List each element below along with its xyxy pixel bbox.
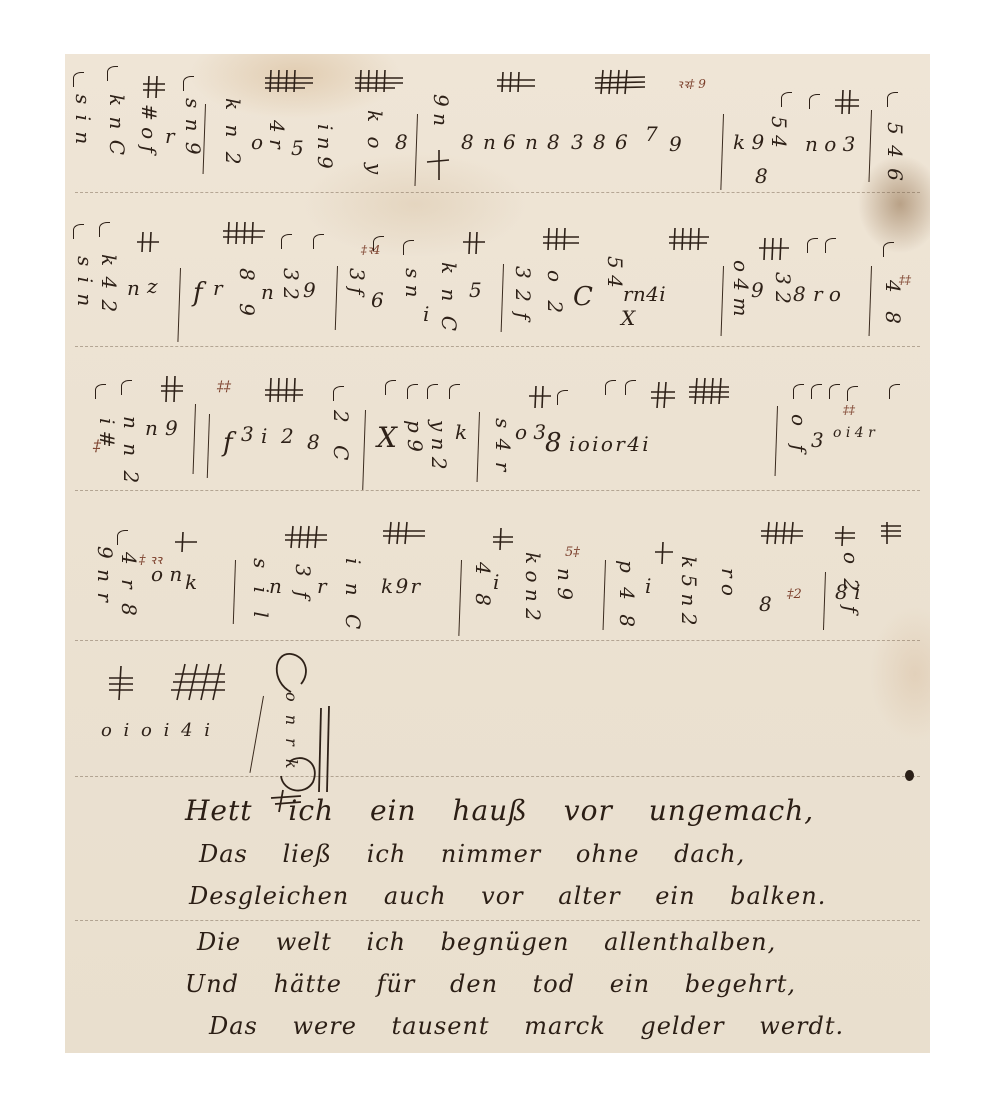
tab-glyphs: X [621,308,635,328]
tab-glyphs: k n C [439,262,459,335]
red-ink-annotation: ‡‡ [843,404,855,416]
rhythm-grid-icon [543,228,581,250]
tab-glyphs: 6 [503,132,516,152]
red-ink-annotation: ꝛꝛ‡ 9 [677,78,706,90]
rhythm-grid-icon [493,528,513,550]
barline [177,268,181,342]
rhythm-grid-icon [427,150,451,180]
ink-blot [905,770,914,781]
tab-glyphs: 9 [669,134,682,154]
rhythm-grid-icon [143,76,165,98]
rhythm-grid-icon [463,232,485,254]
rhythm-flag-icon [605,380,616,395]
rhythm-grid-icon [651,382,675,408]
rhythm-grid-icon [689,378,729,404]
tab-glyphs: o 3 [515,422,546,442]
rhythm-flag-icon [281,234,292,249]
rhythm-flag-icon [889,384,900,399]
tab-glyphs: i o i o r 4 i [569,434,649,454]
tab-glyphs: r [317,576,327,596]
tab-glyphs: i # [97,418,117,448]
barline [414,114,418,186]
tab-glyphs: k 4 2 [99,254,119,314]
tab-glyphs: n n 2 [121,416,141,487]
barline [207,414,210,478]
tab-glyphs: r [165,126,175,146]
tab-glyphs: k [455,422,467,442]
tab-glyphs: n 9 [555,568,575,600]
tab-glyphs: r o [813,284,841,304]
rhythm-grid-icon [759,238,789,260]
tab-glyphs: # o f [139,104,159,153]
rhythm-grid-icon [265,70,315,94]
tab-glyphs: 3 f [293,564,313,602]
tab-glyphs: 4 r 8 [119,552,139,620]
rhythm-grid-icon [761,522,803,544]
ruled-line [75,346,920,347]
tab-glyphs: o f [789,414,809,458]
rhythm-flag-icon [313,234,324,249]
rhythm-flag-icon [117,530,128,545]
rhythm-flag-icon [625,380,636,395]
tab-glyphs: k n C [107,94,127,157]
tab-glyphs: 8 [545,430,562,456]
tab-glyphs: f [193,280,203,306]
tab-glyphs: i [261,426,267,446]
barline [869,266,872,336]
rhythm-flag-icon [811,384,822,399]
tab-glyphs: n [269,576,282,596]
rhythm-grid-icon [835,90,861,114]
rhythm-grid-icon [137,232,159,252]
tab-glyphs: s n [403,268,423,298]
tab-glyphs: 5 [469,280,482,300]
tab-glyphs: k 9 [733,132,764,152]
rhythm-flag-icon [887,92,898,107]
rhythm-flag-icon [809,94,820,109]
rhythm-flag-icon [373,236,384,251]
rhythm-flag-icon [825,238,836,253]
tab-glyphs: 8 9 [237,268,257,324]
lyric-line-4: Die welt ich begnügen allenthalben, [197,928,776,956]
rhythm-grid-icon [529,386,551,408]
tab-glyphs: 3 2 [281,268,301,300]
tab-glyphs: o n [151,564,182,584]
tab-glyphs: f [223,430,233,456]
tab-glyphs: 9 [165,418,178,438]
tab-glyphs: 8 [395,132,408,152]
tab-glyphs: 4 r [267,120,287,149]
tab-glyphs: k [185,572,197,592]
tab-glyphs: 5 4 [769,116,789,148]
lyric-line-6: Das were tausent marck gelder werdt. [209,1012,844,1040]
tab-glyphs: 8 [759,594,772,614]
tab-glyphs: s i n [75,256,95,308]
tab-glyphs: 8 i [835,582,860,602]
tab-glyphs: 2 [281,426,294,446]
rhythm-flag-icon [99,222,110,237]
final-flourish-icon [261,652,341,802]
rhythm-flag-icon [73,224,84,239]
rhythm-flag-icon [781,92,792,107]
tab-glyphs: 9 n r [95,546,115,604]
tab-glyphs: 5 [291,138,304,158]
tab-glyphs: z [147,276,158,296]
rhythm-flag-icon [427,384,438,399]
rhythm-grid-icon [655,542,673,564]
tab-glyphs: 9 [303,280,316,300]
tab-glyphs: X [377,424,397,452]
tab-glyphs: 3 [811,430,824,450]
tab-glyphs: 8 [593,132,606,152]
barline [477,412,480,482]
tab-glyphs: k o n 2 [523,552,543,621]
tab-glyphs: i [645,576,651,596]
tab-glyphs: o i 4 r [833,426,875,440]
tab-glyphs: i n C [343,558,363,635]
tab-glyphs: n [127,278,140,298]
rhythm-flag-icon [807,238,818,253]
rhythm-grid-icon [669,228,709,250]
rhythm-flag-icon [95,384,106,399]
rhythm-flag-icon [403,240,414,255]
rhythm-grid-icon [223,222,265,244]
tab-glyphs: s 4 r [493,418,513,473]
barline [458,560,462,636]
tab-glyphs: 3 2 [773,272,793,304]
tab-glyphs: k 5 n 2 [679,556,699,626]
rhythm-grid-icon [161,376,183,402]
red-ink-annotation: 5‡ [565,546,580,559]
tab-glyphs: 8 [547,132,560,152]
tab-glyphs: 3 2 f [513,266,533,322]
tab-glyphs: 8 [755,166,768,186]
rhythm-grid-icon [285,526,327,548]
rhythm-grid-icon [355,70,405,94]
rhythm-flag-icon [793,384,804,399]
tab-glyphs: k n 2 [223,98,243,168]
tab-glyphs: k o y [365,110,385,178]
ruled-line [75,920,920,921]
lyric-line-2: Das ließ ich nimmer ohne dach, [199,840,745,868]
tab-glyphs: 3 [571,132,584,152]
tab-glyphs: 7 [645,124,658,144]
rhythm-grid-icon [497,72,537,92]
rhythm-grid-icon [171,664,227,700]
tab-glyphs: i n 9 [315,124,335,169]
rhythm-flag-icon [183,76,194,91]
tab-glyphs: 8 [461,132,474,152]
rhythm-flag-icon [333,386,344,401]
barline [501,264,504,332]
tab-glyphs: n [145,418,158,438]
rhythm-grid-icon [595,70,647,94]
barline [823,572,826,630]
rhythm-flag-icon [121,380,132,395]
barline [362,410,366,490]
tab-glyphs: i [493,572,499,592]
rhythm-flag-icon [557,390,568,405]
rhythm-flag-icon [449,384,460,399]
tab-glyphs: r [213,278,223,298]
tab-glyphs: o [251,132,263,152]
rhythm-grid-icon [175,532,197,552]
tab-glyphs: 5 4 6 [885,122,905,183]
tab-glyphs: y n 2 [429,420,449,470]
lyric-line-3: Desgleichen auch vor alter ein balken. [189,882,826,910]
rhythm-flag-icon [829,384,840,399]
tab-glyphs: 8 [793,284,806,304]
rhythm-grid-icon [383,522,425,544]
rhythm-flag-icon [73,72,84,87]
lyric-line-5: Und hätte für den tod ein begehrt, [185,970,796,998]
barline [335,266,338,330]
tab-glyphs: o 4 m [731,260,751,316]
barline [233,560,236,624]
tab-glyphs: o 2 [545,270,565,319]
tab-glyphs: 4 8 [473,562,493,612]
tab-glyphs: n [525,132,538,152]
rhythm-flag-icon [847,386,858,401]
ruled-line [75,776,920,777]
tab-glyphs: 2 C [331,410,351,468]
tab-glyphs: r n 4 i [623,284,666,304]
tab-glyphs: 8 [307,432,320,452]
rhythm-grid-icon [835,526,855,546]
tab-glyphs: s i n [73,94,93,146]
rhythm-flag-icon [883,242,894,257]
tab-glyphs: s i l [251,558,271,624]
tab-glyphs: p 9 [405,420,425,452]
tab-glyphs: o i o i 4 i [101,722,210,740]
rhythm-grid-icon [265,378,303,402]
tab-glyphs: 5 4 [605,256,625,288]
tab-glyphs: 3 f [347,268,367,294]
barline [603,560,606,630]
tab-glyphs: n [483,132,496,152]
tab-glyphs: s n 9 [183,98,203,157]
tab-glyphs: r o [719,568,739,596]
rhythm-grid-icon [881,522,901,544]
tab-glyphs: 6 [615,132,628,152]
lyric-line-1: Hett ich ein hauß vor ungemach, [185,794,814,827]
tab-glyphs: 3 [241,424,254,444]
rhythm-flag-icon [385,380,396,395]
ruled-line [75,192,920,193]
tab-glyphs: i [423,304,429,324]
manuscript-page: s i n k n C # o f r s n 9 k n 2 o 4 r 5 … [65,54,930,1053]
tab-glyphs: 4 8 [883,280,903,330]
tab-glyphs: C [573,284,593,310]
barline [775,406,778,476]
ruled-line [75,640,920,641]
rhythm-grid-icon [109,666,133,700]
tab-glyphs: 6 [371,290,384,310]
tab-glyphs: k 9 r [381,576,420,596]
tab-glyphs: 9 [751,280,764,300]
barline [193,404,196,474]
tab-glyphs: n o 3 [805,134,855,154]
ruled-line [75,490,920,491]
tab-glyphs: n [261,282,274,302]
tab-glyphs: 9 n [431,94,451,126]
rhythm-flag-icon [107,66,118,81]
red-ink-annotation: ‡2 [787,588,802,601]
barline [720,114,724,190]
red-ink-annotation: ‡‡ [217,380,231,394]
barline [721,266,724,336]
barline [868,110,872,182]
tab-glyphs: p 4 8 [617,560,637,631]
rhythm-flag-icon [407,384,418,399]
